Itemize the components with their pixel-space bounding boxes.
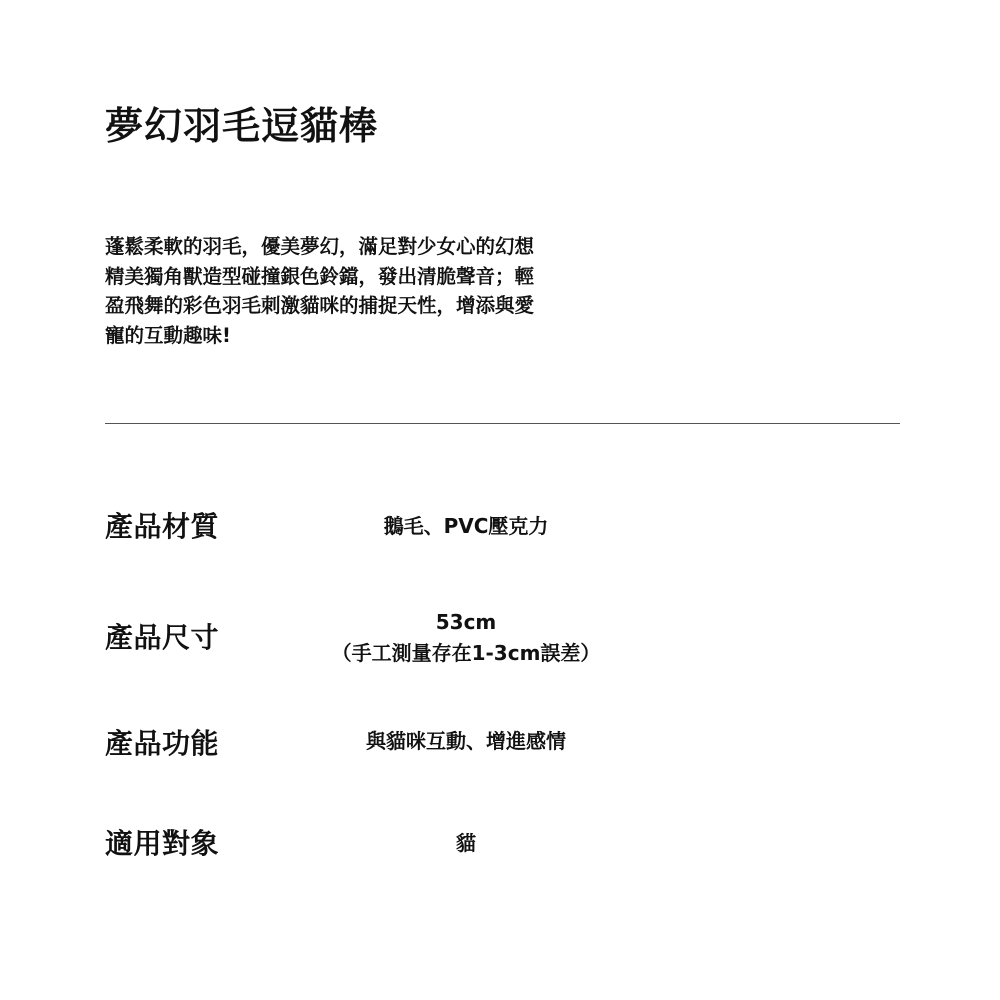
spec-value-material: 鵝毛、PVC壓克力 [105,511,827,542]
product-description: 蓬鬆柔軟的羽毛，優美夢幻，滿足對少女心的幻想 精美獨角獸造型碰撞銀色鈴鐺，發出清… [105,232,605,350]
spec-row-material: 產品材質 鵝毛、PVC壓克力 [105,505,900,545]
spec-value-line: 與貓咪互動、增進感情 [105,726,827,757]
description-line: 精美獨角獸造型碰撞銀色鈴鐺，發出清脆聲音；輕 [105,262,605,292]
spec-value-line: 貓 [105,828,827,859]
description-line: 蓬鬆柔軟的羽毛，優美夢幻，滿足對少女心的幻想 [105,232,605,262]
section-divider [105,423,900,424]
spec-row-size: 產品尺寸 53cm （手工測量存在1-3cm誤差） [105,605,900,667]
product-title: 夢幻羽毛逗貓棒 [105,100,378,152]
description-line: 寵的互動趣味! [105,321,605,351]
spec-value-function: 與貓咪互動、增進感情 [105,726,827,757]
description-line: 盈飛舞的彩色羽毛刺激貓咪的捕捉天性，增添與愛 [105,291,605,321]
spec-value-size: 53cm （手工測量存在1-3cm誤差） [105,607,827,669]
spec-value-line: 鵝毛、PVC壓克力 [105,511,827,542]
spec-row-function: 產品功能 與貓咪互動、增進感情 [105,722,900,762]
spec-row-target: 適用對象 貓 [105,822,900,862]
spec-value-target: 貓 [105,828,827,859]
spec-value-line: 53cm [105,607,827,638]
spec-value-line: （手工測量存在1-3cm誤差） [105,638,827,669]
